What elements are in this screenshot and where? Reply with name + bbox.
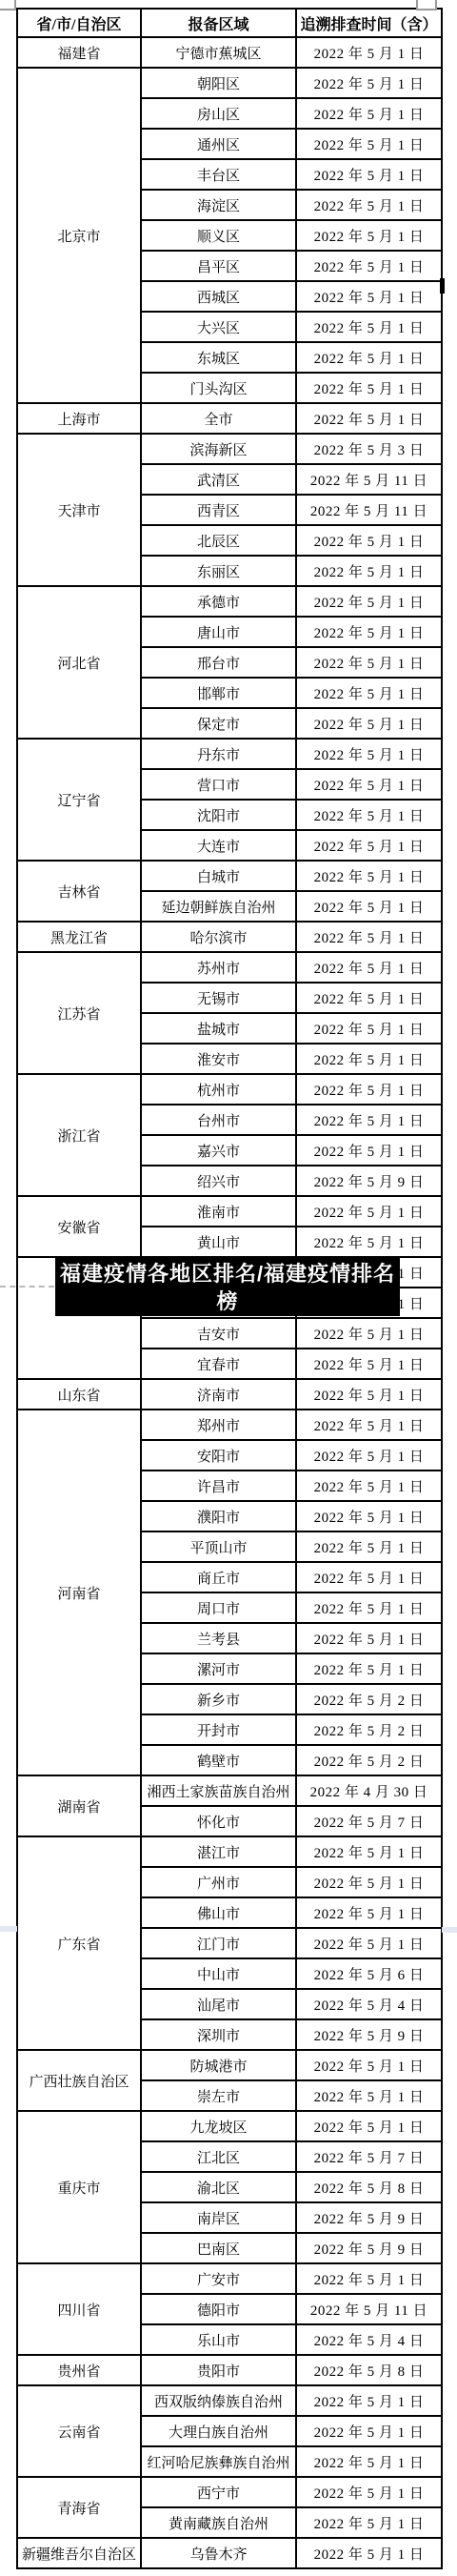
region-cell: 武清区: [141, 464, 296, 495]
date-cell: 2022 年 5 月 1 日: [296, 1562, 442, 1592]
table-row: 福建省宁德市蕉城区2022 年 5 月 1 日: [17, 37, 442, 68]
table-row: 吉林省白城市2022 年 5 月 1 日: [17, 861, 442, 891]
province-cell: 辽宁省: [17, 739, 141, 861]
region-cell: 南岸区: [141, 2202, 296, 2233]
region-cell: 商丘市: [141, 1562, 296, 1592]
date-cell: 2022 年 5 月 1 日: [296, 342, 442, 373]
region-cell: 嘉兴市: [141, 1135, 296, 1166]
region-cell: 杭州市: [141, 1074, 296, 1105]
page-corner-mark-top-right: [416, 0, 437, 10]
region-cell: 大理白族自治州: [141, 2416, 296, 2446]
date-cell: 2022 年 5 月 1 日: [296, 617, 442, 647]
date-cell: 2022 年 5 月 1 日: [296, 2111, 442, 2141]
date-cell: 2022 年 5 月 1 日: [296, 2385, 442, 2416]
banner-title-line1: 福建疫情各地区排名/福建疫情排名: [60, 1260, 395, 1288]
region-cell: 绍兴市: [141, 1166, 296, 1196]
date-cell: 2022 年 5 月 1 日: [296, 37, 442, 68]
date-cell: 2022 年 5 月 1 日: [296, 2263, 442, 2294]
date-cell: 2022 年 5 月 1 日: [296, 98, 442, 129]
date-cell: 2022 年 5 月 1 日: [296, 403, 442, 434]
date-cell: 2022 年 5 月 1 日: [296, 556, 442, 586]
region-cell: 兰考县: [141, 1623, 296, 1653]
date-cell: 2022 年 5 月 1 日: [296, 647, 442, 678]
date-cell: 2022 年 5 月 1 日: [296, 1105, 442, 1135]
date-cell: 2022 年 5 月 1 日: [296, 2080, 442, 2111]
region-cell: 房山区: [141, 98, 296, 129]
date-cell: 2022 年 5 月 4 日: [296, 2324, 442, 2355]
region-cell: 台州市: [141, 1105, 296, 1135]
province-cell: 上海市: [17, 403, 141, 434]
date-cell: 2022 年 5 月 1 日: [296, 1318, 442, 1349]
date-cell: 2022 年 5 月 1 日: [296, 1227, 442, 1257]
region-cell: 沈阳市: [141, 800, 296, 830]
date-cell: 2022 年 5 月 1 日: [296, 891, 442, 922]
region-cell: 九龙坡区: [141, 2111, 296, 2141]
region-cell: 淮安市: [141, 1044, 296, 1074]
region-cell: 东丽区: [141, 556, 296, 586]
table-row: 青海省西宁市2022 年 5 月 1 日: [17, 2477, 442, 2507]
region-cell: 济南市: [141, 1379, 296, 1410]
region-cell: 丰台区: [141, 159, 296, 190]
province-cell: 吉林省: [17, 861, 141, 922]
province-cell: 湖南省: [17, 1775, 141, 1836]
region-cell: 淮南市: [141, 1196, 296, 1227]
date-cell: 2022 年 5 月 1 日: [296, 800, 442, 830]
date-cell: 2022 年 5 月 1 日: [296, 1379, 442, 1410]
region-cell: 怀化市: [141, 1806, 296, 1836]
date-cell: 2022 年 5 月 1 日: [296, 1013, 442, 1044]
date-cell: 2022 年 5 月 1 日: [296, 1501, 442, 1531]
stitch-seam-left: [0, 1926, 17, 1932]
date-cell: 2022 年 5 月 1 日: [296, 190, 442, 220]
date-cell: 2022 年 5 月 1 日: [296, 769, 442, 800]
province-cell: 河南省: [17, 1410, 141, 1775]
date-cell: 2022 年 5 月 1 日: [296, 2477, 442, 2507]
region-cell: 昌平区: [141, 251, 296, 281]
date-cell: 2022 年 5 月 1 日: [296, 2538, 442, 2568]
table-row: 河北省承德市2022 年 5 月 1 日: [17, 586, 442, 617]
date-cell: 2022 年 5 月 1 日: [296, 1623, 442, 1653]
province-cell: 云南省: [17, 2385, 141, 2477]
date-cell: 2022 年 5 月 9 日: [296, 2202, 442, 2233]
region-cell: 安阳市: [141, 1440, 296, 1471]
province-cell: 贵州省: [17, 2355, 141, 2385]
date-cell: 2022 年 5 月 11 日: [296, 464, 442, 495]
date-cell: 2022 年 5 月 1 日: [296, 1410, 442, 1440]
date-cell: 2022 年 5 月 1 日: [296, 586, 442, 617]
region-cell: 西宁市: [141, 2477, 296, 2507]
province-cell: 新疆维吾尔自治区: [17, 2538, 141, 2568]
region-cell: 东城区: [141, 342, 296, 373]
region-cell: 广州市: [141, 1867, 296, 1897]
region-cell: 白城市: [141, 861, 296, 891]
date-cell: 2022 年 5 月 1 日: [296, 2416, 442, 2446]
region-cell: 盐城市: [141, 1013, 296, 1044]
region-cell: 郑州市: [141, 1410, 296, 1440]
date-cell: 2022 年 5 月 7 日: [296, 1806, 442, 1836]
province-cell: 黑龙江省: [17, 922, 141, 952]
table-row: 天津市滨海新区2022 年 5 月 3 日: [17, 434, 442, 464]
region-cell: 中山市: [141, 1958, 296, 1989]
table-row: 黑龙江省哈尔滨市2022 年 5 月 1 日: [17, 922, 442, 952]
region-cell: 湛江市: [141, 1836, 296, 1867]
date-cell: 2022 年 5 月 6 日: [296, 1958, 442, 1989]
page-corner-mark-top-left: [0, 0, 16, 10]
date-cell: 2022 年 5 月 1 日: [296, 1349, 442, 1379]
date-cell: 2022 年 4 月 30 日: [296, 1775, 442, 1806]
region-cell: 朝阳区: [141, 68, 296, 98]
province-cell: 山东省: [17, 1379, 141, 1410]
date-cell: 2022 年 5 月 1 日: [296, 251, 442, 281]
text-cursor-artifact: [440, 278, 445, 294]
table-row: 浙江省杭州市2022 年 5 月 1 日: [17, 1074, 442, 1105]
date-cell: 2022 年 5 月 1 日: [296, 1928, 442, 1958]
region-cell: 全市: [141, 403, 296, 434]
date-cell: 2022 年 5 月 1 日: [296, 739, 442, 769]
date-cell: 2022 年 5 月 1 日: [296, 1044, 442, 1074]
date-cell: 2022 年 5 月 1 日: [296, 1897, 442, 1928]
region-cell: 崇左市: [141, 2080, 296, 2111]
date-cell: 2022 年 5 月 1 日: [296, 159, 442, 190]
region-cell: 邯郸市: [141, 678, 296, 708]
region-cell: 通州区: [141, 129, 296, 159]
region-cell: 门头沟区: [141, 373, 296, 403]
date-cell: 2022 年 5 月 1 日: [296, 830, 442, 861]
province-cell: 广东省: [17, 1836, 141, 2050]
date-cell: 2022 年 5 月 1 日: [296, 1653, 442, 1684]
region-cell: 黄山市: [141, 1227, 296, 1257]
table-row: 辽宁省丹东市2022 年 5 月 1 日: [17, 739, 442, 769]
table-row: 四川省广安市2022 年 5 月 1 日: [17, 2263, 442, 2294]
province-cell: 北京市: [17, 68, 141, 403]
region-cell: 延边朝鲜族自治州: [141, 891, 296, 922]
date-cell: 2022 年 5 月 2 日: [296, 1714, 442, 1745]
region-cell: 苏州市: [141, 952, 296, 983]
region-cell: 汕尾市: [141, 1989, 296, 2019]
date-cell: 2022 年 5 月 7 日: [296, 2141, 442, 2172]
date-cell: 2022 年 5 月 2 日: [296, 1684, 442, 1714]
date-cell: 2022 年 5 月 1 日: [296, 952, 442, 983]
stitch-seam-right: [442, 1927, 457, 1933]
table-row: 广西壮族自治区防城港市2022 年 5 月 1 日: [17, 2050, 442, 2080]
table-row: 云南省西双版纳傣族自治州2022 年 5 月 1 日: [17, 2385, 442, 2416]
region-cell: 承德市: [141, 586, 296, 617]
date-cell: 2022 年 5 月 1 日: [296, 1196, 442, 1227]
dashed-line-artifact: [0, 1286, 54, 1288]
region-cell: 乌鲁木齐: [141, 2538, 296, 2568]
region-cell: 西城区: [141, 281, 296, 312]
date-cell: 2022 年 5 月 1 日: [296, 708, 442, 739]
date-cell: 2022 年 5 月 8 日: [296, 2172, 442, 2202]
table-row: 重庆市九龙坡区2022 年 5 月 1 日: [17, 2111, 442, 2141]
province-cell: 广西壮族自治区: [17, 2050, 141, 2111]
province-cell: 福建省: [17, 37, 141, 68]
region-cell: 贵阳市: [141, 2355, 296, 2385]
region-cell: 唐山市: [141, 617, 296, 647]
date-cell: 2022 年 5 月 2 日: [296, 1745, 442, 1775]
region-cell: 平顶山市: [141, 1531, 296, 1562]
region-cell: 宜春市: [141, 1349, 296, 1379]
province-cell: 浙江省: [17, 1074, 141, 1196]
region-cell: 西双版纳傣族自治州: [141, 2385, 296, 2416]
region-cell: 深圳市: [141, 2019, 296, 2050]
region-cell: 乐山市: [141, 2324, 296, 2355]
region-cell: 吉安市: [141, 1318, 296, 1349]
region-cell: 邢台市: [141, 647, 296, 678]
region-cell: 黄南藏族自治州: [141, 2507, 296, 2538]
date-cell: 2022 年 5 月 1 日: [296, 68, 442, 98]
region-cell: 滨海新区: [141, 434, 296, 464]
region-cell: 新乡市: [141, 1684, 296, 1714]
region-cell: 开封市: [141, 1714, 296, 1745]
page-canvas: 省/市/自治区 报备区域 追溯排查时间（含） 福建省宁德市蕉城区2022 年 5…: [0, 0, 457, 2576]
region-cell: 无锡市: [141, 983, 296, 1013]
date-cell: 2022 年 5 月 1 日: [296, 983, 442, 1013]
region-cell: 大兴区: [141, 312, 296, 342]
table-row: 新疆维吾尔自治区乌鲁木齐2022 年 5 月 1 日: [17, 2538, 442, 2568]
date-cell: 2022 年 5 月 1 日: [296, 1440, 442, 1471]
table-row: 广东省湛江市2022 年 5 月 1 日: [17, 1836, 442, 1867]
title-banner-overlay: 福建疫情各地区排名/福建疫情排名 榜: [55, 1258, 400, 1316]
date-cell: 2022 年 5 月 1 日: [296, 373, 442, 403]
date-cell: 2022 年 5 月 1 日: [296, 922, 442, 952]
province-cell: 安徽省: [17, 1196, 141, 1257]
date-cell: 2022 年 5 月 1 日: [296, 2446, 442, 2477]
region-cell: 哈尔滨市: [141, 922, 296, 952]
table-row: 湖南省湘西土家族苗族自治州2022 年 4 月 30 日: [17, 1775, 442, 1806]
table-row: 北京市朝阳区2022 年 5 月 1 日: [17, 68, 442, 98]
region-cell: 海淀区: [141, 190, 296, 220]
region-cell: 宁德市蕉城区: [141, 37, 296, 68]
date-cell: 2022 年 5 月 3 日: [296, 434, 442, 464]
date-cell: 2022 年 5 月 11 日: [296, 2294, 442, 2324]
date-cell: 2022 年 5 月 1 日: [296, 1135, 442, 1166]
region-cell: 红河哈尼族彝族自治州: [141, 2446, 296, 2477]
region-cell: 江门市: [141, 1928, 296, 1958]
region-cell: 营口市: [141, 769, 296, 800]
date-cell: 2022 年 5 月 1 日: [296, 1074, 442, 1105]
header-trace-time: 追溯排查时间（含）: [296, 9, 442, 37]
date-cell: 2022 年 5 月 1 日: [296, 1471, 442, 1501]
region-cell: 周口市: [141, 1592, 296, 1623]
table-row: 贵州省贵阳市2022 年 5 月 8 日: [17, 2355, 442, 2385]
date-cell: 2022 年 5 月 1 日: [296, 525, 442, 556]
region-cell: 丹东市: [141, 739, 296, 769]
region-cell: 江北区: [141, 2141, 296, 2172]
date-cell: 2022 年 5 月 1 日: [296, 1531, 442, 1562]
date-cell: 2022 年 5 月 8 日: [296, 2355, 442, 2385]
table-row: 江苏省苏州市2022 年 5 月 1 日: [17, 952, 442, 983]
region-cell: 德阳市: [141, 2294, 296, 2324]
table-header-row: 省/市/自治区 报备区域 追溯排查时间（含）: [17, 9, 442, 37]
header-province: 省/市/自治区: [17, 9, 141, 37]
date-cell: 2022 年 5 月 1 日: [296, 2507, 442, 2538]
region-cell: 湘西土家族苗族自治州: [141, 1775, 296, 1806]
province-cell: 江苏省: [17, 952, 141, 1074]
date-cell: 2022 年 5 月 1 日: [296, 1592, 442, 1623]
region-cell: 顺义区: [141, 220, 296, 251]
region-cell: 渝北区: [141, 2172, 296, 2202]
region-cell: 北辰区: [141, 525, 296, 556]
banner-title-line2: 榜: [216, 1288, 238, 1315]
date-cell: 2022 年 5 月 1 日: [296, 678, 442, 708]
province-cell: 重庆市: [17, 2111, 141, 2263]
date-cell: 2022 年 5 月 9 日: [296, 2019, 442, 2050]
province-cell: 青海省: [17, 2477, 141, 2538]
date-cell: 2022 年 5 月 1 日: [296, 312, 442, 342]
province-cell: 天津市: [17, 434, 141, 586]
date-cell: 2022 年 5 月 4 日: [296, 1989, 442, 2019]
table-row: 山东省济南市2022 年 5 月 1 日: [17, 1379, 442, 1410]
table-row: 上海市全市2022 年 5 月 1 日: [17, 403, 442, 434]
region-cell: 广安市: [141, 2263, 296, 2294]
table-row: 河南省郑州市2022 年 5 月 1 日: [17, 1410, 442, 1440]
date-cell: 2022 年 5 月 1 日: [296, 129, 442, 159]
table-row: 安徽省淮南市2022 年 5 月 1 日: [17, 1196, 442, 1227]
date-cell: 2022 年 5 月 9 日: [296, 2233, 442, 2263]
date-cell: 2022 年 5 月 1 日: [296, 220, 442, 251]
date-cell: 2022 年 5 月 1 日: [296, 2050, 442, 2080]
region-cell: 佛山市: [141, 1897, 296, 1928]
province-cell: 河北省: [17, 586, 141, 739]
region-cell: 西青区: [141, 495, 296, 525]
region-cell: 防城港市: [141, 2050, 296, 2080]
region-cell: 漯河市: [141, 1653, 296, 1684]
region-cell: 鹤壁市: [141, 1745, 296, 1775]
region-cell: 保定市: [141, 708, 296, 739]
region-cell: 巴南区: [141, 2233, 296, 2263]
date-cell: 2022 年 5 月 1 日: [296, 281, 442, 312]
header-region: 报备区域: [141, 9, 296, 37]
region-cell: 濮阳市: [141, 1501, 296, 1531]
date-cell: 2022 年 5 月 1 日: [296, 1836, 442, 1867]
region-cell: 大连市: [141, 830, 296, 861]
date-cell: 2022 年 5 月 1 日: [296, 1867, 442, 1897]
region-cell: 许昌市: [141, 1471, 296, 1501]
date-cell: 2022 年 5 月 11 日: [296, 495, 442, 525]
date-cell: 2022 年 5 月 1 日: [296, 861, 442, 891]
date-cell: 2022 年 5 月 9 日: [296, 1166, 442, 1196]
province-cell: 四川省: [17, 2263, 141, 2355]
